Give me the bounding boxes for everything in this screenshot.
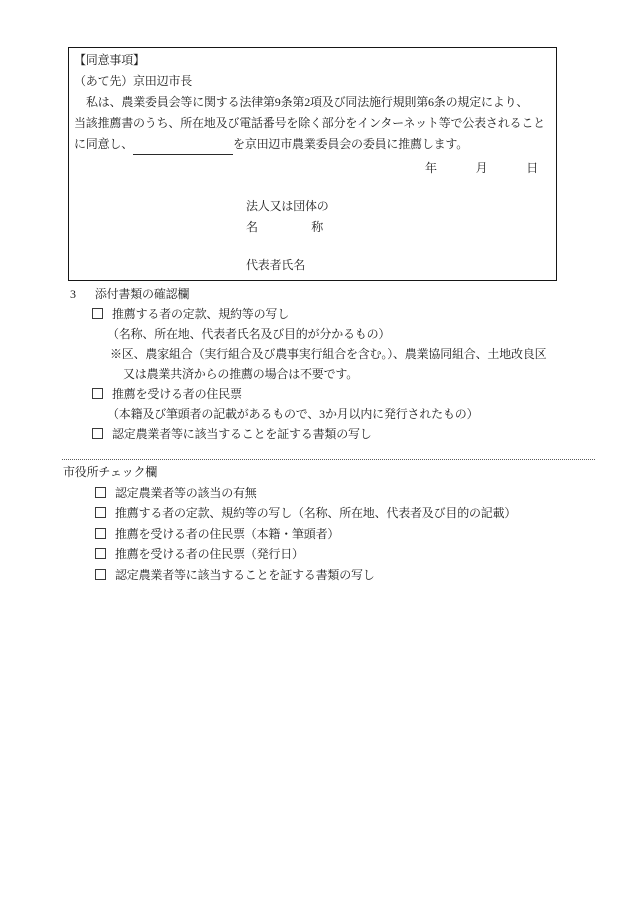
signer-block: 法人又は団体の 名 称 代表者氏名 xyxy=(246,196,329,276)
cityhall-section: 市役所チェック欄 認定農業者等の該当の有無 推薦する者の定款、規約等の写し（名称… xyxy=(0,462,630,585)
year-label: 年 xyxy=(425,161,437,175)
checkbox[interactable] xyxy=(95,528,106,539)
date-line: 年 月 日 xyxy=(425,158,538,179)
checklist-item: 推薦する者の定款、規約等の写し xyxy=(0,304,630,324)
consent-box: 【同意事項】 （あて先）京田辺市長 私は、農業委員会等に関する法律第9条第2項及… xyxy=(68,47,557,281)
consent-body-line-3: に同意し、を京田辺市農業委員会の委員に推薦します。 xyxy=(69,134,556,155)
checklist-item: 推薦を受ける者の住民票 xyxy=(0,384,630,404)
checklist-item: 推薦を受ける者の住民票（本籍・筆頭者） xyxy=(0,524,630,545)
checkbox[interactable] xyxy=(95,507,106,518)
checkbox[interactable] xyxy=(92,308,103,319)
day-label: 日 xyxy=(526,161,538,175)
checklist-item: 認定農業者等に該当することを証する書類の写し xyxy=(0,565,630,586)
org-name-row: 名 称 xyxy=(246,217,323,238)
checkbox[interactable] xyxy=(95,569,106,580)
checklist-item-label: 認定農業者等に該当することを証する書類の写し xyxy=(112,427,372,441)
checklist-item-label: 認定農業者等の該当の有無 xyxy=(115,486,257,500)
checkbox[interactable] xyxy=(95,487,106,498)
checklist-note: （本籍及び筆頭者の記載があるもので、3か月以内に発行されたもの） xyxy=(0,404,630,424)
checklist-item: 認定農業者等に該当することを証する書類の写し xyxy=(0,424,630,444)
consent-body-line-1: 私は、農業委員会等に関する法律第9条第2項及び同法施行規則第6条の規定により、 xyxy=(69,92,556,113)
checklist-item: 推薦を受ける者の住民票（発行日） xyxy=(0,544,630,565)
checklist-note: （名称、所在地、代表者氏名及び目的が分かるもの） xyxy=(0,324,630,344)
checklist-item-label: 推薦する者の定款、規約等の写し（名称、所在地、代表者及び目的の記載） xyxy=(115,506,516,520)
consent-title: 【同意事項】 xyxy=(69,50,556,71)
document-page: 【同意事項】 （あて先）京田辺市長 私は、農業委員会等に関する法律第9条第2項及… xyxy=(0,0,630,903)
checklist-item-label: 推薦を受ける者の住民票（本籍・筆頭者） xyxy=(115,527,339,541)
section-title-text: 添付書類の確認欄 xyxy=(95,287,189,301)
org-name-right-char: 称 xyxy=(311,217,323,238)
checklist-item: 認定農業者等の該当の有無 xyxy=(0,483,630,504)
checkbox[interactable] xyxy=(95,548,106,559)
consent-body-line-2: 当該推薦書のうち、所在地及び電話番号を除く部分をインターネット等で公表されること xyxy=(69,113,556,134)
checkbox[interactable] xyxy=(92,388,103,399)
checklist-item: 推薦する者の定款、規約等の写し（名称、所在地、代表者及び目的の記載） xyxy=(0,503,630,524)
dotted-separator xyxy=(62,459,595,460)
org-label: 法人又は団体の xyxy=(246,196,329,217)
checklist-item-label: 推薦を受ける者の住民票（発行日） xyxy=(115,547,304,561)
checklist-note: ※区、農家組合（実行組合及び農事実行組合を含む。）、農業協同組合、土地改良区 xyxy=(0,344,630,364)
checkbox[interactable] xyxy=(92,428,103,439)
month-label: 月 xyxy=(476,161,488,175)
section-number: 3 xyxy=(70,287,76,301)
attachments-section-title: 3添付書類の確認欄 xyxy=(0,284,630,304)
checklist-note: 又は農業共済からの推薦の場合は不要です。 xyxy=(0,364,630,384)
org-name-left-char: 名 xyxy=(246,217,258,238)
checklist-item-label: 推薦する者の定款、規約等の写し xyxy=(112,307,289,321)
addressee-line: （あて先）京田辺市長 xyxy=(69,71,556,92)
cityhall-section-title: 市役所チェック欄 xyxy=(0,462,630,483)
consent-body-line-3-prefix: に同意し、 xyxy=(74,137,133,151)
representative-label: 代表者氏名 xyxy=(246,255,329,276)
checklist-item-label: 推薦を受ける者の住民票 xyxy=(112,387,242,401)
nominee-name-blank-field[interactable] xyxy=(133,142,233,155)
attachments-section: 3添付書類の確認欄 推薦する者の定款、規約等の写し （名称、所在地、代表者氏名及… xyxy=(0,284,630,444)
consent-body-line-3-suffix: を京田辺市農業委員会の委員に推薦します。 xyxy=(233,137,468,151)
checklist-item-label: 認定農業者等に該当することを証する書類の写し xyxy=(115,568,375,582)
